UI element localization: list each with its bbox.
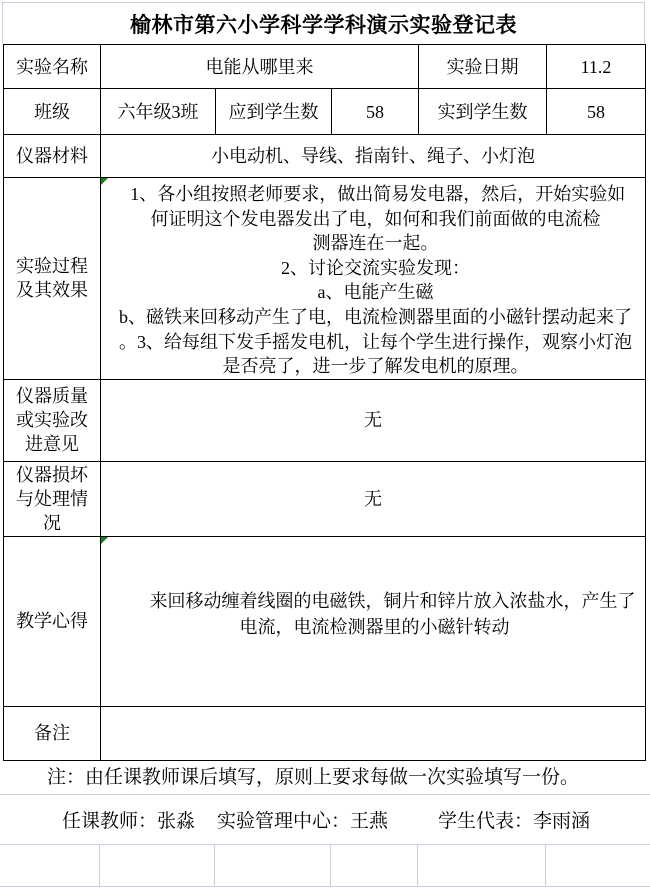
cell-flag-icon (101, 178, 108, 185)
actual-students-label: 实到学生数 (438, 102, 528, 122)
process-label-cell[interactable]: 实验过程及其效果 (4, 178, 101, 380)
empty-grid-cell[interactable] (546, 845, 650, 886)
signatures-row-cell[interactable]: 任课教师：张淼 实验管理中心：王燕 学生代表：李雨涵 (0, 795, 650, 845)
materials-value-cell[interactable]: 小电动机、导线、指南针、绳子、小灯泡 (101, 135, 646, 178)
experiment-name-value: 电能从哪里来 (206, 57, 314, 77)
note-row-cell[interactable]: 注：由任课教师课后填写，原则上要求每做一次实验填写一份。 (0, 756, 650, 795)
row-remark: 备注 (4, 706, 646, 760)
empty-grid-cell[interactable] (100, 845, 215, 886)
process-label: 实验过程及其效果 (14, 254, 90, 302)
form-title-cell[interactable]: 榆林市第六小学科学学科演示实验登记表 (2, 2, 645, 44)
row-process: 实验过程及其效果 1、各小组按照老师要求，做出简易发电器，然后，开始实验如 何证… (4, 178, 646, 380)
date-label: 实验日期 (447, 57, 519, 77)
form-title: 榆林市第六小学科学学科演示实验登记表 (130, 9, 517, 39)
spreadsheet-page: 榆林市第六小学科学学科演示实验登记表 实验名称 电能从哪里来 实验日期 11.2 (0, 0, 650, 890)
process-value: 1、各小组按照老师要求，做出简易发电器，然后，开始实验如 何证明这个发电器发出了… (101, 178, 645, 379)
quality-value-cell[interactable]: 无 (101, 379, 646, 461)
experiment-name-label: 实验名称 (14, 55, 90, 79)
remark-value-cell[interactable] (101, 706, 646, 760)
teacher-signature: 任课教师：张淼 (62, 806, 195, 833)
row-class: 班级 六年级3班 应到学生数 58 实到学生数 58 (4, 89, 646, 135)
note-text: 注：由任课教师课后填写，原则上要求每做一次实验填写一份。 (47, 762, 579, 789)
row-experiment-name: 实验名称 电能从哪里来 实验日期 11.2 (4, 45, 646, 89)
row-materials: 仪器材料 小电动机、导线、指南针、绳子、小灯泡 (4, 135, 646, 178)
quality-label-cell[interactable]: 仪器质量或实验改进意见 (4, 379, 101, 461)
quality-value: 无 (364, 410, 382, 430)
empty-spreadsheet-row (0, 845, 650, 887)
class-value-cell[interactable]: 六年级3班 (101, 89, 216, 135)
registration-form-table: 实验名称 电能从哪里来 实验日期 11.2 班级 六年级3班 (3, 44, 646, 761)
actual-students-value: 58 (587, 102, 605, 122)
quality-label: 仪器质量或实验改进意见 (14, 384, 90, 456)
damage-label: 仪器损坏与处理情况 (14, 463, 90, 535)
center-signature: 实验管理中心：王燕 (217, 806, 388, 833)
expected-students-value-cell[interactable]: 58 (332, 89, 419, 135)
empty-grid-cell[interactable] (0, 845, 100, 886)
date-value-cell[interactable]: 11.2 (547, 45, 646, 89)
class-value: 六年级3班 (118, 102, 199, 122)
experiment-name-value-cell[interactable]: 电能从哪里来 (101, 45, 419, 89)
materials-value: 小电动机、导线、指南针、绳子、小灯泡 (211, 146, 535, 166)
row-damage: 仪器损坏与处理情况 无 (4, 461, 646, 536)
actual-students-label-cell[interactable]: 实到学生数 (419, 89, 547, 135)
remark-label-cell[interactable]: 备注 (4, 706, 101, 760)
date-value: 11.2 (581, 57, 612, 77)
empty-grid-cell[interactable] (331, 845, 418, 886)
expected-students-value: 58 (366, 102, 384, 122)
student-signature: 学生代表：李雨涵 (438, 806, 590, 833)
cell-flag-icon (101, 537, 108, 544)
insight-label: 教学心得 (14, 609, 90, 633)
insight-value: 来回移动缠着线圈的电磁铁，铜片和锌片放入浓盐水，产生了 电流，电流检测器里的小磁… (101, 588, 645, 654)
row-quality: 仪器质量或实验改进意见 无 (4, 379, 646, 461)
materials-label-cell[interactable]: 仪器材料 (4, 135, 101, 178)
actual-students-value-cell[interactable]: 58 (547, 89, 646, 135)
expected-students-label-cell[interactable]: 应到学生数 (216, 89, 332, 135)
damage-label-cell[interactable]: 仪器损坏与处理情况 (4, 461, 101, 536)
expected-students-label: 应到学生数 (229, 102, 319, 122)
class-label-cell[interactable]: 班级 (4, 89, 101, 135)
materials-label: 仪器材料 (14, 144, 90, 168)
experiment-name-label-cell[interactable]: 实验名称 (4, 45, 101, 89)
date-label-cell[interactable]: 实验日期 (419, 45, 547, 89)
damage-value: 无 (364, 489, 382, 509)
row-insight: 教学心得 来回移动缠着线圈的电磁铁，铜片和锌片放入浓盐水，产生了 电流，电流检测… (4, 536, 646, 706)
process-value-cell[interactable]: 1、各小组按照老师要求，做出简易发电器，然后，开始实验如 何证明这个发电器发出了… (101, 178, 646, 380)
empty-grid-cell[interactable] (215, 845, 331, 886)
insight-value-cell[interactable]: 来回移动缠着线圈的电磁铁，铜片和锌片放入浓盐水，产生了 电流，电流检测器里的小磁… (101, 536, 646, 706)
insight-label-cell[interactable]: 教学心得 (4, 536, 101, 706)
damage-value-cell[interactable]: 无 (101, 461, 646, 536)
remark-label: 备注 (14, 721, 90, 745)
class-label: 班级 (14, 100, 90, 124)
empty-grid-cell[interactable] (418, 845, 546, 886)
